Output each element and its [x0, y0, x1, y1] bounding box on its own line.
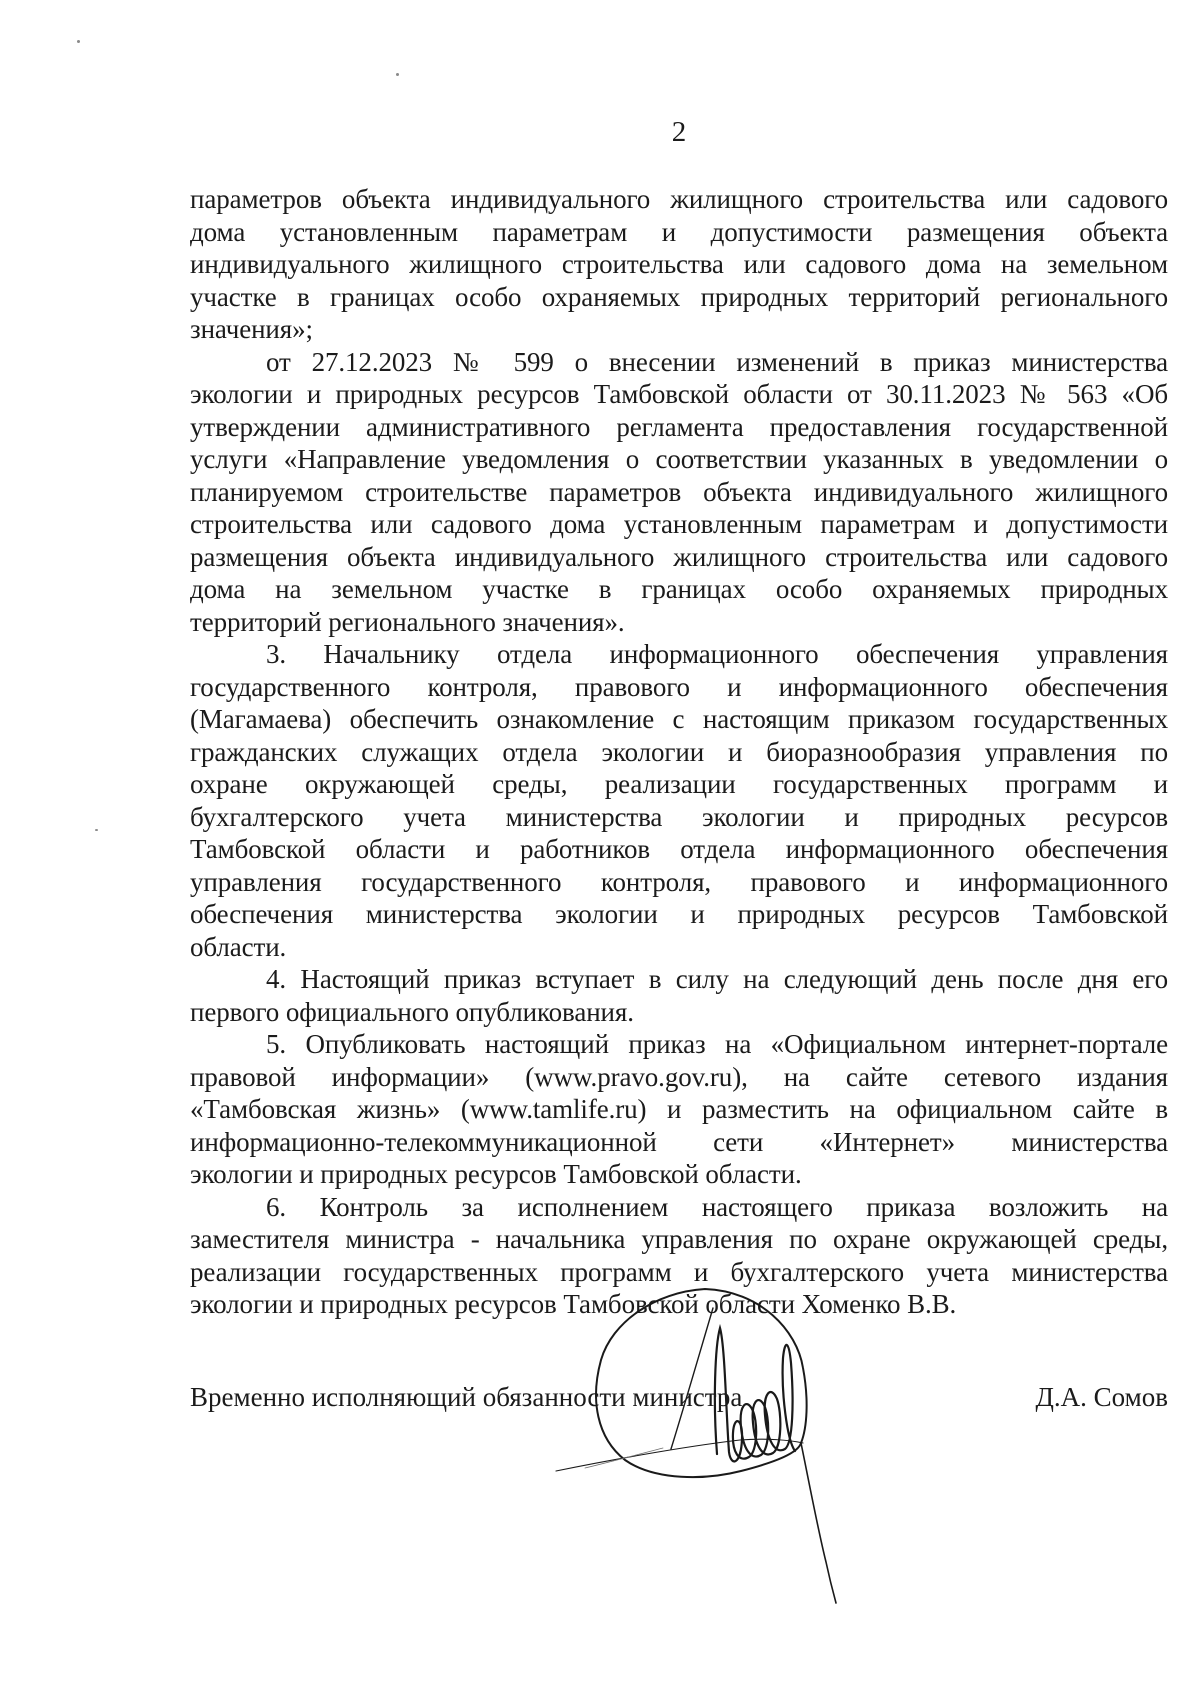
text-line: размещения объекта индивидуального жилищ… [190, 541, 1168, 574]
scan-speck [95, 829, 98, 831]
text-line: экологии и природных ресурсов Тамбовской… [190, 378, 1168, 411]
text-line: утверждении административного регламента… [190, 411, 1168, 444]
text-line: гражданских служащих отдела экологии и б… [190, 736, 1168, 769]
signature-stroke [585, 1448, 663, 1468]
text-line: 3. Начальнику отдела информационного обе… [190, 638, 1168, 671]
signature-row: Временно исполняющий обязанности министр… [190, 1381, 1168, 1414]
text-line: реализации государственных программ и бу… [190, 1256, 1168, 1289]
text-line: информационно-телекоммуникационной сети … [190, 1126, 1168, 1159]
signature-stroke [671, 1308, 713, 1449]
text-line: первого официального опубликования. [190, 996, 1168, 1029]
signatory-name: Д.А. Сомов [1036, 1381, 1169, 1414]
text-line: экологии и природных ресурсов Тамбовской… [190, 1288, 1168, 1321]
text-line: от 27.12.2023 № 599 о внесении изменений… [190, 346, 1168, 379]
text-line: территорий регионального значения». [190, 606, 1168, 639]
text-line: экологии и природных ресурсов Тамбовской… [190, 1158, 1168, 1191]
text-line: государственного контроля, правового и и… [190, 671, 1168, 704]
text-line: правовой информации» (www.pravo.gov.ru),… [190, 1061, 1168, 1094]
text-line: «Тамбовская жизнь» (www.tamlife.ru) и ра… [190, 1093, 1168, 1126]
text-line: 4. Настоящий приказ вступает в силу на с… [190, 963, 1168, 996]
text-line: параметров объекта индивидуального жилищ… [190, 183, 1168, 216]
signatory-title: Временно исполняющий обязанности министр… [190, 1381, 742, 1414]
text-line: обеспечения министерства экологии и прир… [190, 898, 1168, 931]
text-line: значения»; [190, 313, 1168, 346]
text-line: охране окружающей среды, реализации госу… [190, 768, 1168, 801]
text-line: бухгалтерского учета министерства эколог… [190, 801, 1168, 834]
scan-speck [396, 73, 399, 76]
signature-stroke [801, 1443, 836, 1603]
document-body: параметров объекта индивидуального жилищ… [190, 183, 1168, 1321]
text-line: заместителя министра - начальника управл… [190, 1223, 1168, 1256]
text-line: услуги «Направление уведомления о соотве… [190, 443, 1168, 476]
text-line: участке в границах особо охраняемых прир… [190, 281, 1168, 314]
text-line: 5. Опубликовать настоящий приказ на «Офи… [190, 1028, 1168, 1061]
text-line: 6. Контроль за исполнением настоящего пр… [190, 1191, 1168, 1224]
text-line: дома на земельном участке в границах осо… [190, 573, 1168, 606]
text-line: (Магамаева) обеспечить ознакомление с на… [190, 703, 1168, 736]
text-line: планируемом строительстве параметров объ… [190, 476, 1168, 509]
text-line: дома установленным параметрам и допустим… [190, 216, 1168, 249]
text-line: области. [190, 931, 1168, 964]
signature-stroke [556, 1439, 803, 1471]
text-line: Тамбовской области и работников отдела и… [190, 833, 1168, 866]
text-line: индивидуального жилищного строительства … [190, 248, 1168, 281]
text-line: строительства или садового дома установл… [190, 508, 1168, 541]
scan-speck [77, 40, 80, 43]
page-number: 2 [190, 116, 1168, 148]
text-line: управления государственного контроля, пр… [190, 866, 1168, 899]
document-page: 2 параметров объекта индивидуального жил… [0, 0, 1200, 1697]
